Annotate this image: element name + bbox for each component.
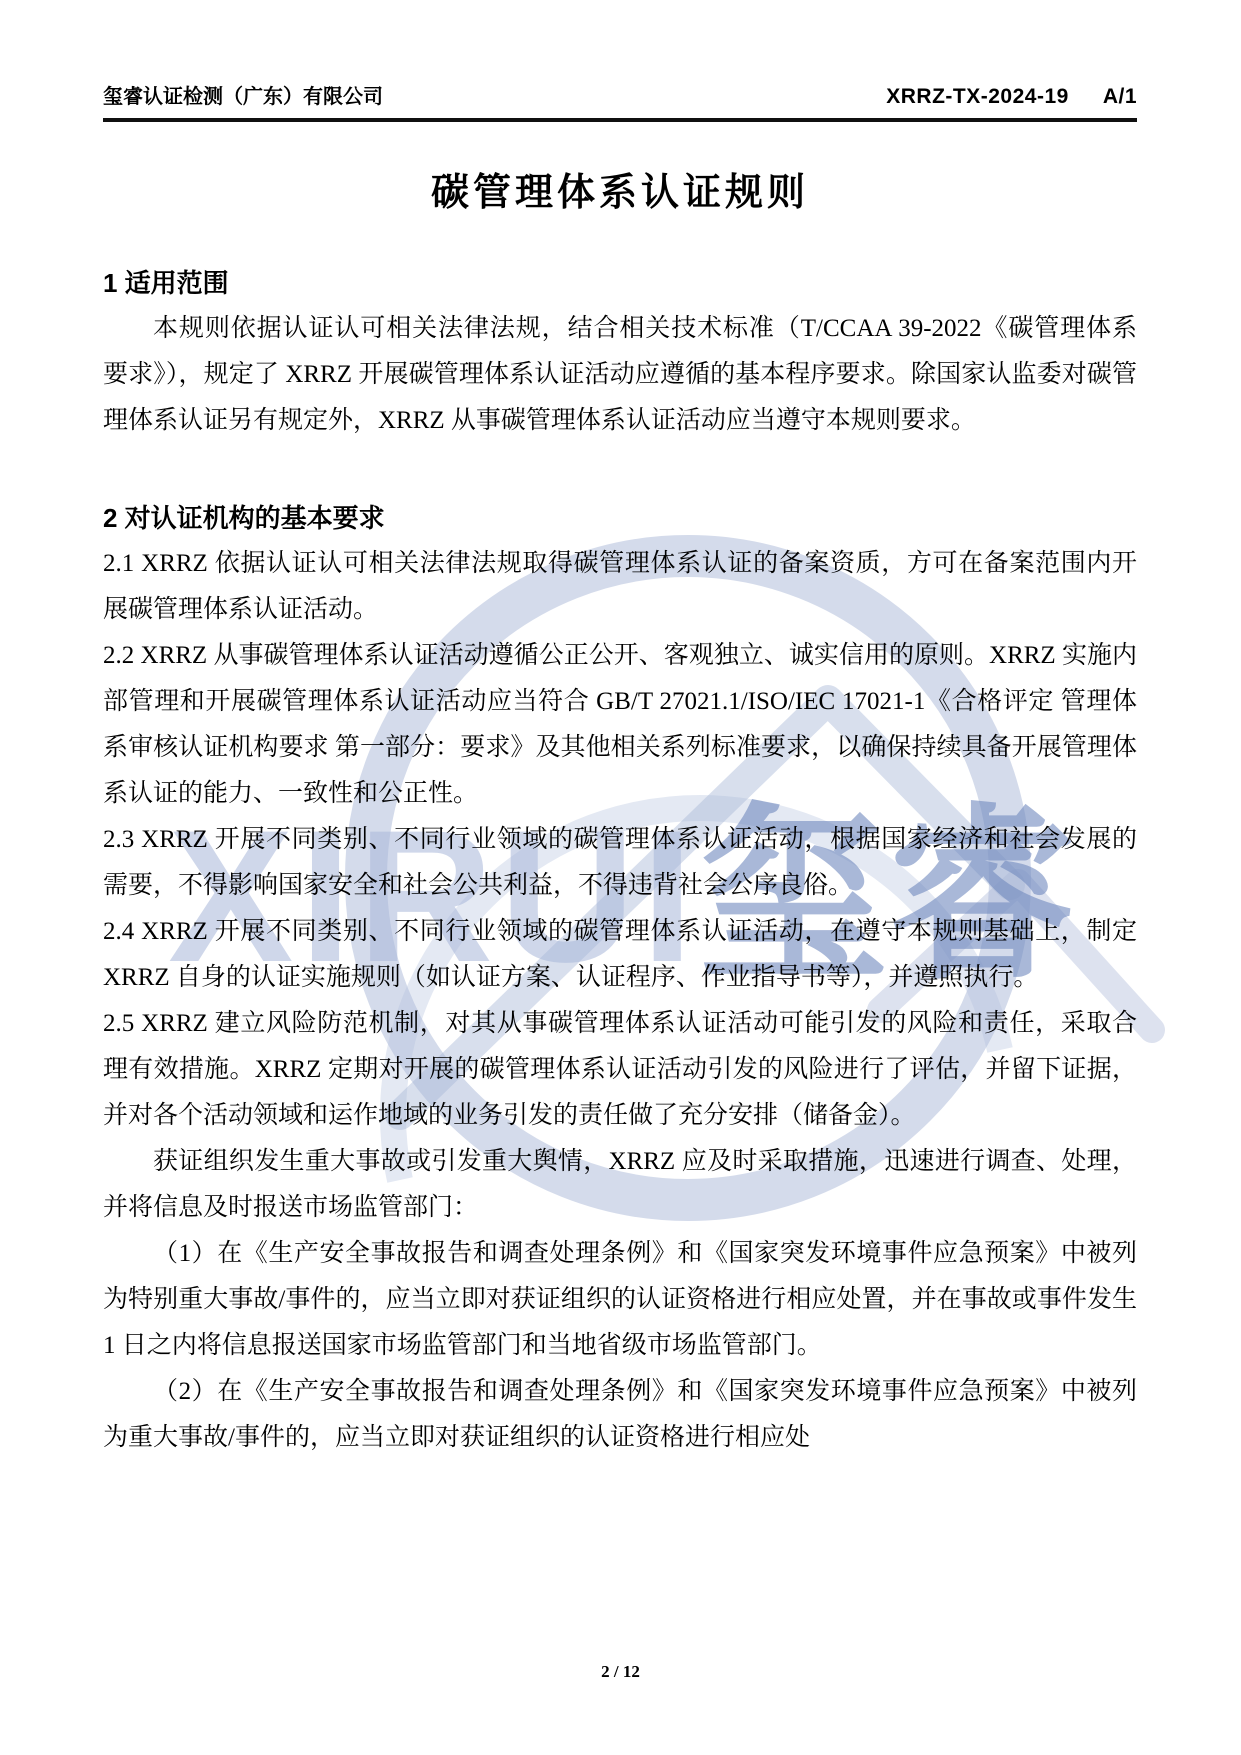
page-content: 玺睿认证检测（广东）有限公司 XRRZ-TX-2024-19A/1 碳管理体系认… (0, 0, 1241, 1755)
doc-version: A/1 (1103, 85, 1137, 108)
page-number: 2 / 12 (0, 1662, 1241, 1682)
doc-code-block: XRRZ-TX-2024-19A/1 (886, 84, 1137, 110)
section-basic-requirements: 2 对认证机构的基本要求 2.1 XRRZ 依据认证认可相关法律法规取得碳管理体… (103, 495, 1137, 1461)
paragraph: （2）在《生产安全事故报告和调查处理条例》和《国家突发环境事件应急预案》中被列为… (103, 1369, 1137, 1461)
document-title: 碳管理体系认证规则 (103, 167, 1137, 219)
paragraph: 2.1 XRRZ 依据认证认可相关法律法规取得碳管理体系认证的备案资质，方可在备… (103, 541, 1137, 633)
paragraph: 2.2 XRRZ 从事碳管理体系认证活动遵循公正公开、客观独立、诚实信用的原则。… (103, 633, 1137, 817)
section-scope: 1 适用范围 本规则依据认证认可相关法律法规，结合相关技术标准（T/CCAA 3… (103, 260, 1137, 444)
document-page: XIRUI玺睿 玺睿认证检测（广东）有限公司 XRRZ-TX-2024-19A/… (0, 0, 1241, 1755)
paragraph: 2.5 XRRZ 建立风险防范机制，对其从事碳管理体系认证活动可能引发的风险和责… (103, 1001, 1137, 1139)
paragraph: （1）在《生产安全事故报告和调查处理条例》和《国家突发环境事件应急预案》中被列为… (103, 1231, 1137, 1369)
company-name: 玺睿认证检测（广东）有限公司 (103, 84, 383, 110)
paragraph: 2.4 XRRZ 开展不同类别、不同行业领域的碳管理体系认证活动，在遵守本规则基… (103, 909, 1137, 1001)
section-2-heading: 2 对认证机构的基本要求 (103, 495, 1137, 541)
header-rule (103, 118, 1137, 122)
section-1-heading: 1 适用范围 (103, 260, 1137, 306)
paragraph: 本规则依据认证认可相关法律法规，结合相关技术标准（T/CCAA 39-2022《… (103, 306, 1137, 444)
page-header: 玺睿认证检测（广东）有限公司 XRRZ-TX-2024-19A/1 (103, 84, 1137, 110)
paragraph: 2.3 XRRZ 开展不同类别、不同行业领域的碳管理体系认证活动，根据国家经济和… (103, 817, 1137, 909)
doc-code: XRRZ-TX-2024-19 (886, 85, 1069, 108)
paragraph: 获证组织发生重大事故或引发重大舆情，XRRZ 应及时采取措施，迅速进行调查、处理… (103, 1139, 1137, 1231)
